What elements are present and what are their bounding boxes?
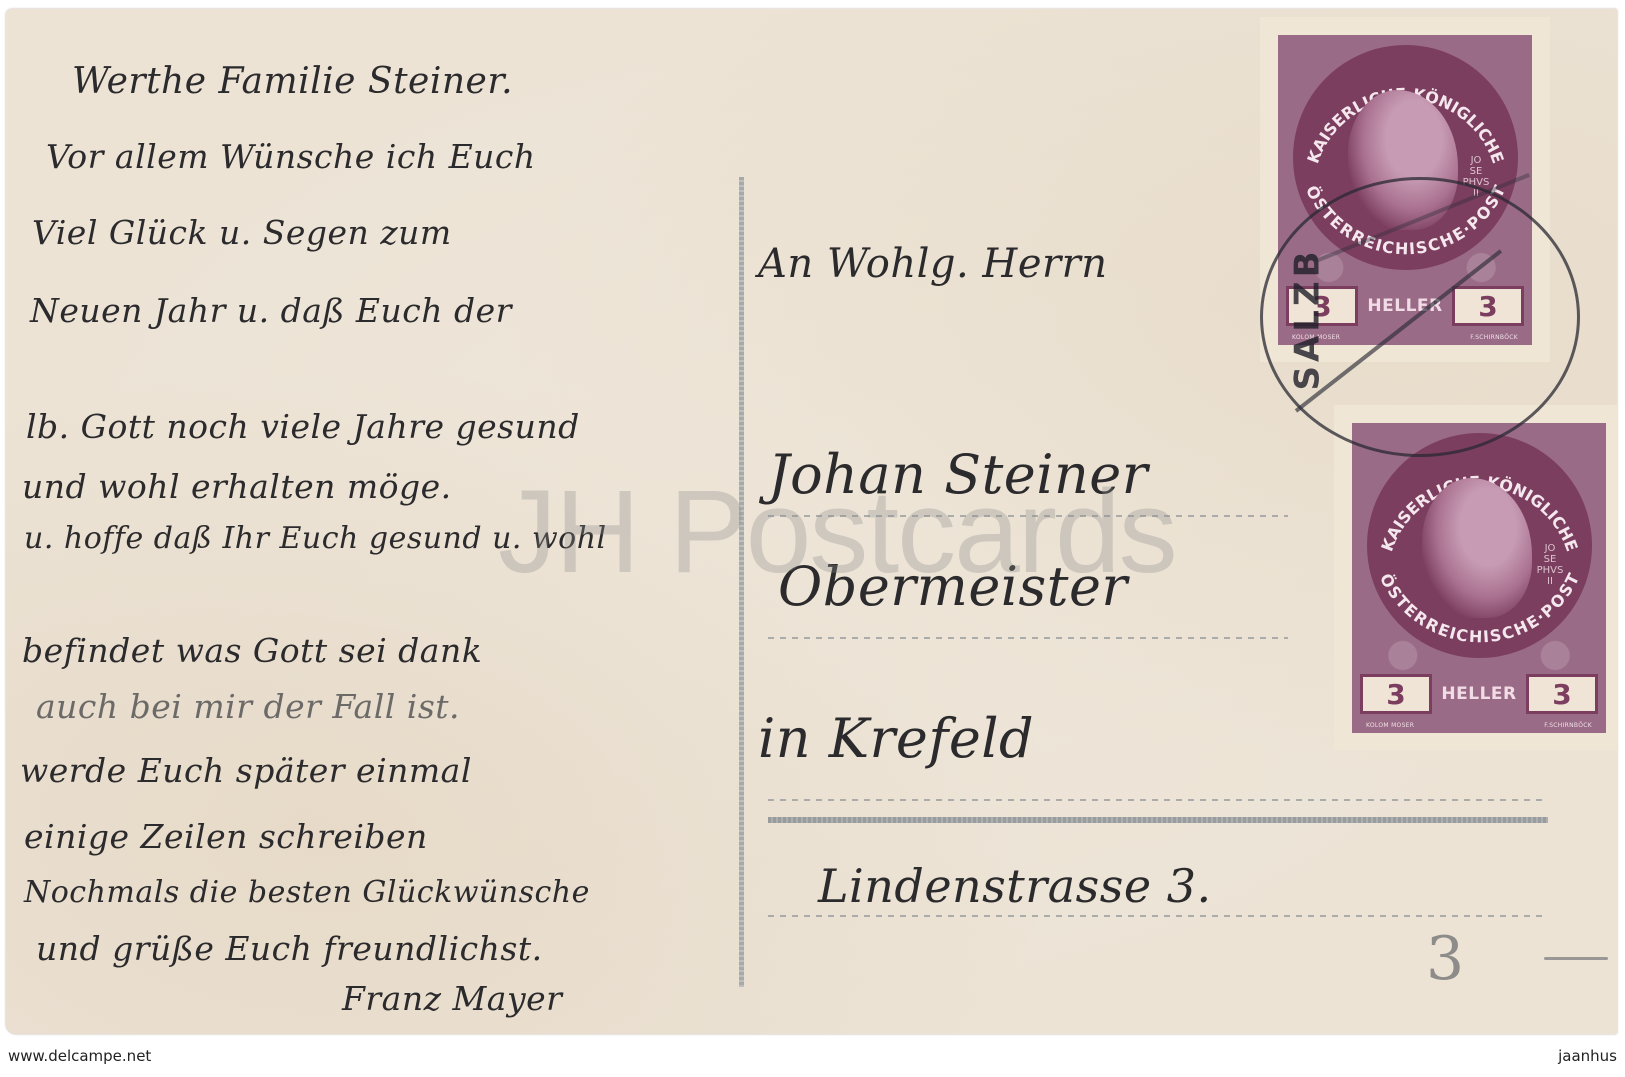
stamp-medallion: KAISERLICHE·KÖNIGLICHE ÖSTERREICHISCHE·P… [1367,433,1592,658]
message-line: Werthe Familie Steiner. [72,61,513,102]
message-line: befindet was Gott sei dank [22,631,482,670]
stamp-designers: KOLOM MOSER F.SCHIRNBÖCK [1352,722,1606,729]
signature: Franz Mayer [342,979,562,1018]
message-line: einige Zeilen schreiben [24,817,428,856]
postage-stamp: KAISERLICHE·KÖNIGLICHE ÖSTERREICHISCHE·P… [1334,405,1617,750]
stamp-value-row: 3 HELLER 3 [1352,673,1606,715]
message-line: Nochmals die besten Glückwünsche [24,875,590,910]
stamp-value-right: 3 [1526,674,1598,714]
address-line-rule [768,637,1288,639]
message-line: lb. Gott noch viele Jahre gesund [26,407,580,446]
city-underline [768,817,1548,823]
stamp-value-left: 3 [1360,674,1432,714]
ruler-name: JO SE PHVS II [1530,543,1570,587]
pencil-price-note: 3 [1426,924,1464,994]
stamp-design: KAISERLICHE·KÖNIGLICHE ÖSTERREICHISCHE·P… [1352,423,1606,733]
postmark-text: SALZB [1288,247,1328,390]
postcard-back: Werthe Familie Steiner. Vor allem Wünsch… [6,9,1617,1034]
message-line: Viel Glück u. Segen zum [32,213,452,252]
message-line: und wohl erhalten möge. [22,467,452,506]
message-line: Vor allem Wünsche ich Euch [46,137,536,176]
address-line-rule [768,915,1548,917]
watermark: JH Postcards [498,464,1176,600]
source-site-label: www.delcampe.net [8,1047,151,1065]
message-line: und grüße Euch freundlichst. [36,929,543,968]
stamp-currency: HELLER [1441,684,1516,704]
address-salutation: An Wohlg. Herrn [758,241,1108,287]
message-line: werde Euch später einmal [20,751,472,790]
pencil-dash [1544,957,1608,960]
address-street: Lindenstrasse 3. [818,859,1212,913]
address-line-rule [768,799,1548,801]
message-line: Neuen Jahr u. daß Euch der [30,291,512,330]
address-city: in Krefeld [758,707,1034,770]
seller-name-label: jaanhus [1558,1047,1617,1065]
message-line: auch bei mir der Fall ist. [36,687,460,726]
